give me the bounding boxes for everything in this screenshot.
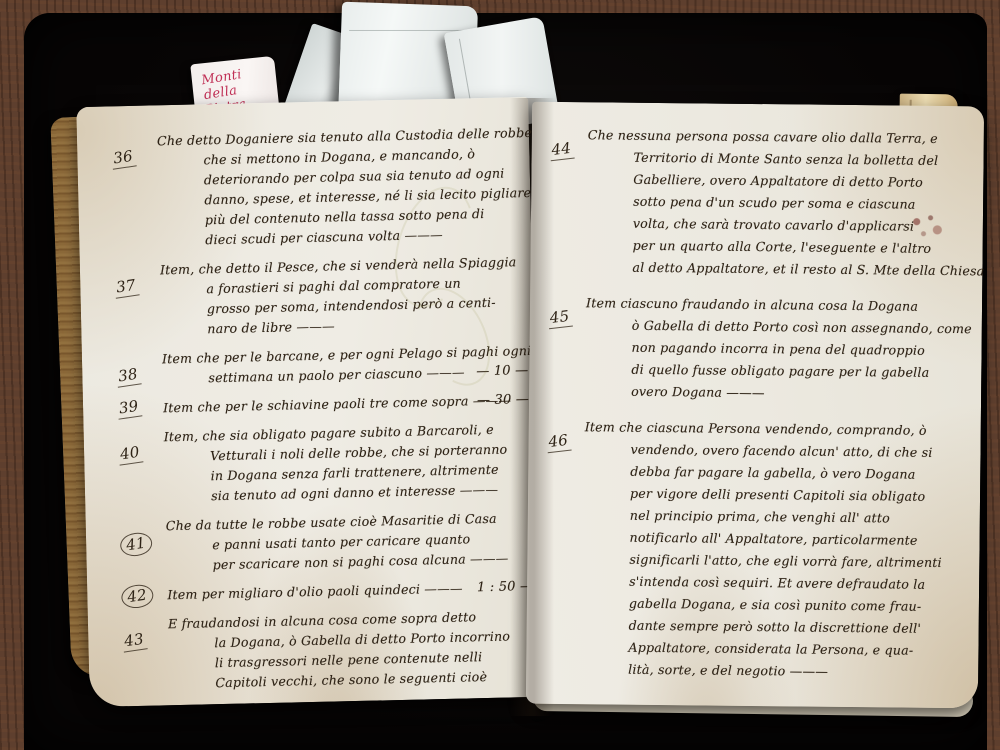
entry-line: overo Dogana ——— [585,380,961,406]
page-right: 44Che nessuna persona possa cavare olio … [526,102,984,709]
entry-number: 39 [116,396,142,419]
entry-line: Item per migliaro d'olio paoli quindeci … [167,577,525,605]
entry-number: 41 [119,531,153,558]
entry-number: 37 [113,276,139,299]
entry-number: 40 [117,442,143,465]
entry-number: 42 [120,583,154,610]
entry-number: 43 [121,629,147,652]
entry-number: 36 [110,147,136,170]
open-manuscript-book: 36Che detto Doganiere sia tenuto alla Cu… [55,90,955,725]
manuscript-entry: 43E fraudandosi in alcuna cosa come sopr… [168,606,528,694]
entry-line: lità, sorte, e del negotio ——— [582,658,958,684]
show-through-stain [378,164,504,417]
entry-number: 38 [115,365,141,388]
page-left: 36Che detto Doganiere sia tenuto alla Cu… [76,97,541,707]
photo-scene: Monti della Pietra 36Che detto Doganiere… [0,0,1000,750]
entry-line: al detto Appaltatore, et il resto al S. … [586,256,962,282]
manuscript-entry: 45Item ciascuno fraudando in alcuna cosa… [585,292,962,406]
manuscript-entry: 41Che da tutte le robbe usate cioè Masar… [166,508,525,576]
manuscript-entry: 42Item per migliaro d'olio paoli quindec… [167,577,525,605]
manuscript-entry: 46Item che ciascuna Persona vendendo, co… [582,416,961,684]
manuscript-entry: 40Item, che sia obligato pagare subito a… [164,419,524,507]
manuscript-entry: 44Che nessuna persona possa cavare olio … [586,124,964,282]
gutter-shadow [510,98,554,716]
ink-smudge [903,206,949,246]
